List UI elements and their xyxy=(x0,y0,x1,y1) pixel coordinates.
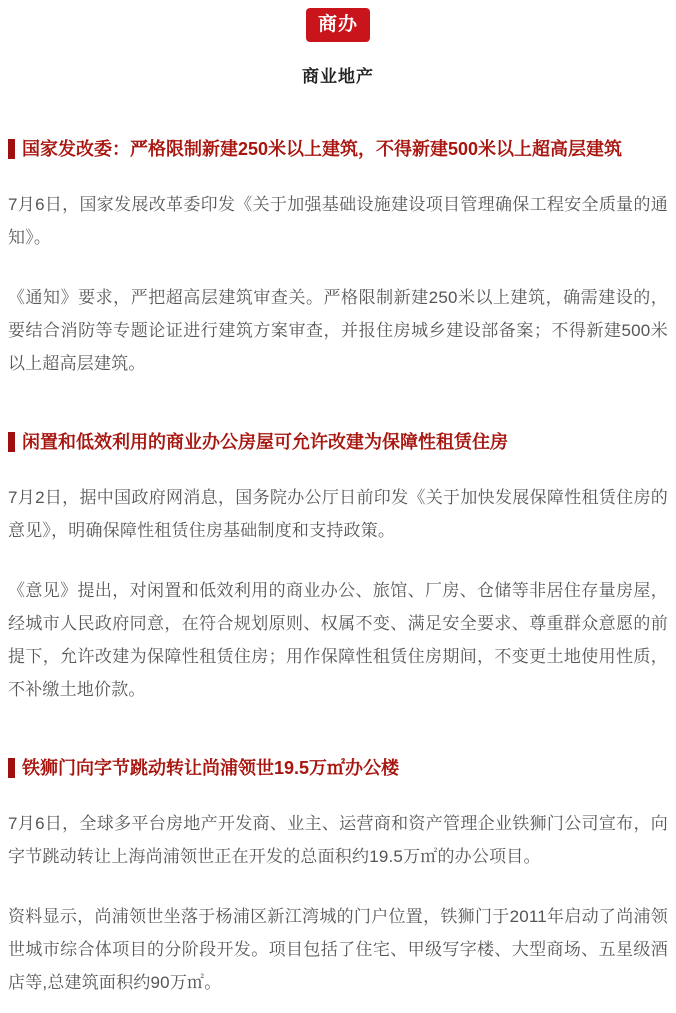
news-paragraph: 7月6日，全球多平台房地产开发商、业主、运营商和资产管理企业铁狮门公司宣布，向字… xyxy=(8,807,668,873)
news-paragraph: 《意见》提出，对闲置和低效利用的商业办公、旅馆、厂房、仓储等非居住存量房屋，经城… xyxy=(8,574,668,706)
headline-text: 国家发改委：严格限制新建250米以上建筑，不得新建500米以上超高层建筑 xyxy=(22,137,622,161)
news-headline: 铁狮门向字节跳动转让尚浦领世19.5万㎡办公楼 xyxy=(8,756,668,780)
news-paragraph: 资料显示，尚浦领世坐落于杨浦区新江湾城的门户位置，铁狮门于2011年启动了尚浦领… xyxy=(8,900,668,999)
news-headline: 闲置和低效利用的商业办公房屋可允许改建为保障性租赁住房 xyxy=(8,430,668,454)
news-headline: 国家发改委：严格限制新建250米以上建筑，不得新建500米以上超高层建筑 xyxy=(8,137,668,161)
headline-bar-icon xyxy=(8,432,15,452)
category-badge: 商办 xyxy=(306,8,370,42)
article-page: 商办 商业地产 国家发改委：严格限制新建250米以上建筑，不得新建500米以上超… xyxy=(0,0,676,1013)
news-paragraph: 《通知》要求，严把超高层建筑审查关。严格限制新建250米以上建筑，确需建设的，要… xyxy=(8,281,668,380)
section-subtitle: 商业地产 xyxy=(8,62,668,87)
headline-text: 铁狮门向字节跳动转让尚浦领世19.5万㎡办公楼 xyxy=(22,756,399,780)
headline-bar-icon xyxy=(8,139,15,159)
headline-text: 闲置和低效利用的商业办公房屋可允许改建为保障性租赁住房 xyxy=(22,430,508,454)
news-paragraph: 7月6日，国家发展改革委印发《关于加强基础设施建设项目管理确保工程安全质量的通知… xyxy=(8,188,668,254)
category-badge-row: 商办 xyxy=(8,8,668,42)
headline-bar-icon xyxy=(8,758,15,778)
news-paragraph: 7月2日，据中国政府网消息，国务院办公厅日前印发《关于加快发展保障性租赁住房的意… xyxy=(8,481,668,547)
